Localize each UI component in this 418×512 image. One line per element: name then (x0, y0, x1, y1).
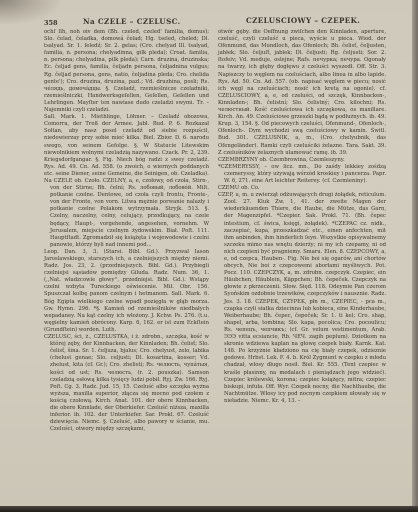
right-column: otwór gęby. die Oeffnung zwiſchen den Ki… (218, 29, 386, 405)
entry-czelusc: CZELUSC, ści, ż., CZELUSTKA, i ż. zdrobn… (44, 334, 209, 433)
running-header: 358 Na CZELE – CZELUSC. CZELUSCIOWY – CZ… (44, 17, 396, 29)
paragraph: Leop. Dan. 3, 3. (Starsi. Bibl. Gd.). Pr… (44, 249, 209, 334)
book-edge-right (412, 0, 418, 512)
running-head-left: Na CZELE – CZELUSC. (83, 17, 181, 26)
left-column: ochſ ſih, noh oiv dem (Bh. czeled, czele… (44, 29, 209, 433)
entry-czep: CZEP, u, m. u zwierząt odżuwających drug… (218, 192, 386, 405)
entry-czemu: CZEMU ob. Co. (218, 185, 386, 192)
paragraph: Sall. Mark. 1. Miethlinge, Löhner. – Cze… (44, 114, 209, 178)
entry-czembrzyny: CZEMBRZYNY ob. Czembrowina, Czemleszyny. (218, 157, 386, 164)
dictionary-page: 358 Na CZELE – CZELUSC. CZELUSCIOWY – CZ… (0, 0, 412, 506)
page-number: 358 (44, 19, 58, 27)
entry-czemeryssy: *CZEMERYSSY, – ow licz. mn., Do zaśdy le… (218, 164, 386, 185)
entry-czelny: Na CZELE ob. Czoło. CZELNY, a, e, czołow… (44, 178, 209, 249)
running-head-right: CZELUSCIOWY – CZEPEK. (246, 16, 360, 25)
book-edge-bottom (0, 506, 418, 512)
paragraph: otwór gęby. die Oeffnung zwiſchen den Ki… (218, 29, 386, 157)
paragraph: ochſ ſih, noh oiv dem (Bh. czeled, czele… (44, 29, 209, 114)
